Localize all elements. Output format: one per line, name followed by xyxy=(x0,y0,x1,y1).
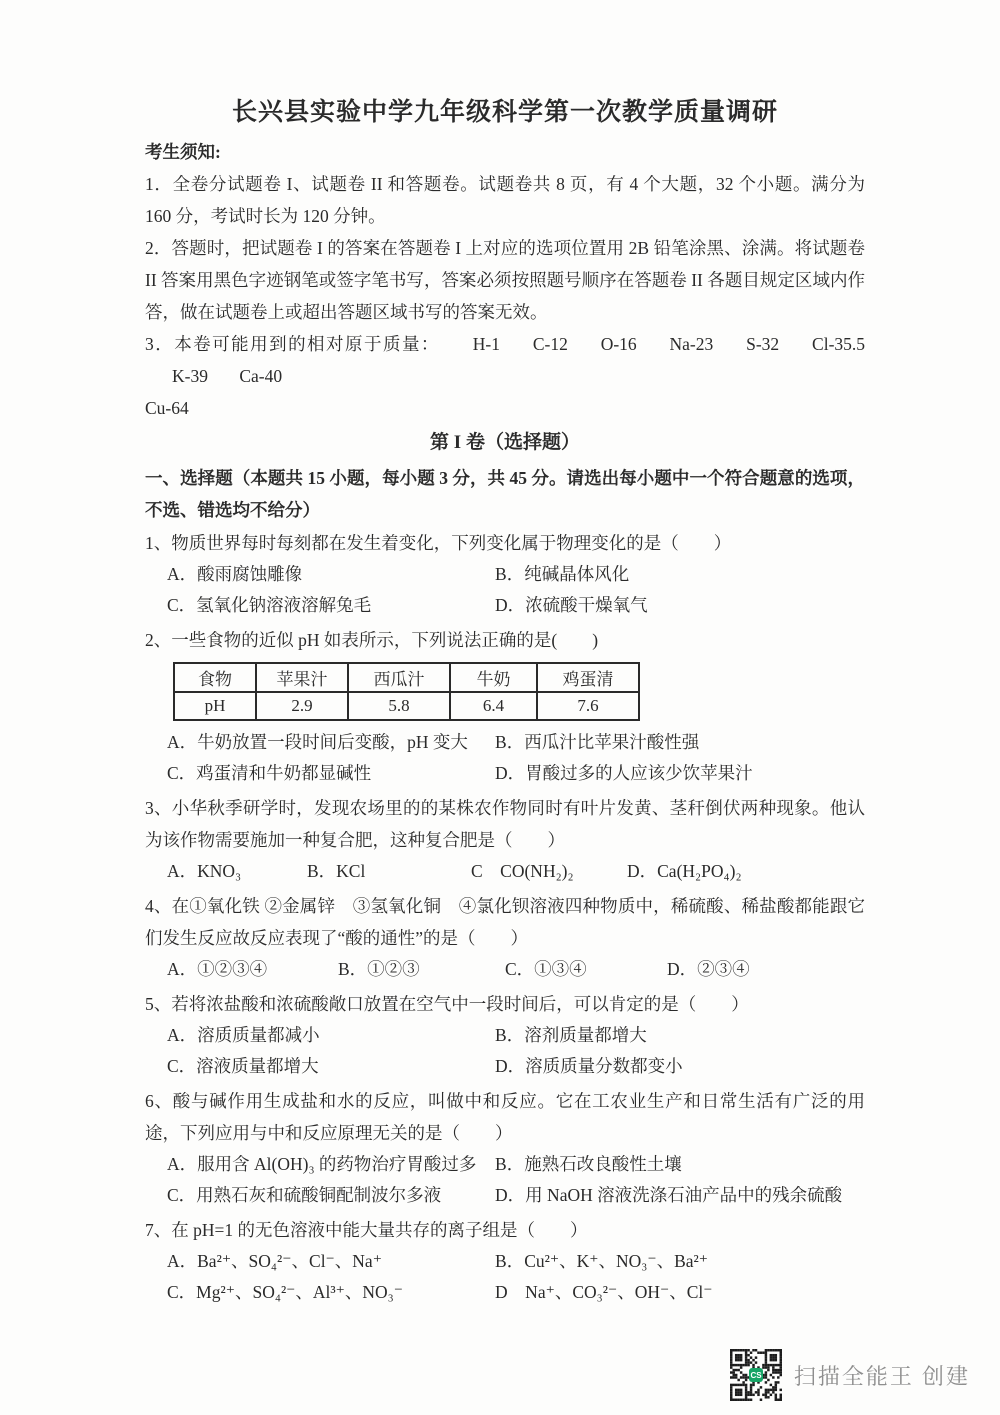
question-3-text: 3、小华秋季研学时，发现农场里的的某株农作物同时有叶片发黄、茎秆倒伏两种现象。他… xyxy=(145,792,865,856)
question-7-option-b: B．Cu²⁺、K⁺、NO₃⁻、Ba²⁺ xyxy=(495,1246,865,1277)
ph-table-cell: 西瓜汁 xyxy=(348,663,450,692)
section-intro: 一、选择题（本题共 15 小题，每小题 3 分，共 45 分。请选出每小题中一个… xyxy=(145,462,865,526)
watermark-text: 扫描全能王 创建 xyxy=(794,1360,970,1391)
scanner-watermark-footer: CS 扫描全能王 创建 xyxy=(730,1349,970,1401)
question-5-options: A．溶质质量都减小 B．溶剂质量都增大 C．溶液质量都增大 D．溶质质量分数都变… xyxy=(145,1020,865,1082)
question-1: 1、物质世界每时每刻都在发生着变化，下列变化属于物理变化的是（ ） A．酸雨腐蚀… xyxy=(145,527,865,621)
section-title: 第 I 卷（选择题） xyxy=(145,426,865,460)
question-6: 6、酸与碱作用生成盐和水的反应，叫做中和反应。它在工农业生产和日常生活有广泛的用… xyxy=(145,1085,865,1211)
exam-paper-page: 长兴县实验中学九年级科学第一次教学质量调研 考生须知: 1．全卷分试题卷 I、试… xyxy=(0,0,1000,1415)
ph-table: 食物 苹果汁 西瓜汁 牛奶 鸡蛋清 pH 2.9 5.8 6.4 7.6 xyxy=(173,662,640,721)
question-2-text: 2、一些食物的近似 pH 如表所示，下列说法正确的是( ) xyxy=(145,624,865,656)
notice-heading: 考生须知: xyxy=(145,136,865,168)
question-6-text: 6、酸与碱作用生成盐和水的反应，叫做中和反应。它在工农业生产和日常生活有广泛的用… xyxy=(145,1085,865,1149)
question-4-option-a: A．①②③④ xyxy=(167,954,338,985)
question-1-option-a: A．酸雨腐蚀雕像 xyxy=(167,559,495,590)
question-1-option-d: D．浓硫酸干燥氧气 xyxy=(495,590,865,621)
page-title: 长兴县实验中学九年级科学第一次教学质量调研 xyxy=(145,96,865,130)
question-3-option-c: C CO(NH₂)₂ xyxy=(471,856,627,887)
question-4-option-b: B．①②③ xyxy=(338,954,505,985)
question-4-text: 4、在①氧化铁 ②金属锌 ③氢氧化铜 ④氯化钡溶液四种物质中，稀硫酸、稀盐酸都能… xyxy=(145,890,865,954)
ph-table-cell: 5.8 xyxy=(348,692,450,720)
question-3: 3、小华秋季研学时，发现农场里的的某株农作物同时有叶片发黄、茎秆倒伏两种现象。他… xyxy=(145,792,865,887)
atomic-mass: S-32 xyxy=(746,328,779,360)
question-7-text: 7、在 pH=1 的无色溶液中能大量共存的离子组是（ ） xyxy=(145,1214,865,1246)
question-2-option-a: A．牛奶放置一段时间后变酸，pH 变大 xyxy=(167,727,495,758)
atomic-mass-cu: Cu-64 xyxy=(145,392,865,424)
ph-table-cell: 牛奶 xyxy=(450,663,537,692)
question-3-options: A．KNO₃ B．KCl C CO(NH₂)₂ D．Ca(H₂PO₄)₂ xyxy=(145,856,865,887)
notice-1: 1．全卷分试题卷 I、试题卷 II 和答题卷。试题卷共 8 页，有 4 个大题，… xyxy=(145,168,865,232)
notice-3-label: 3．本卷可能用到的相对原于质量： xyxy=(145,334,440,354)
question-1-option-c: C．氢氧化钠溶液溶解兔毛 xyxy=(167,590,495,621)
question-5-option-b: B．溶剂质量都增大 xyxy=(495,1020,865,1051)
question-5-option-a: A．溶质质量都减小 xyxy=(167,1020,495,1051)
atomic-mass: Na-23 xyxy=(670,328,714,360)
atomic-mass: Ca-40 xyxy=(239,360,282,392)
question-2: 2、一些食物的近似 pH 如表所示，下列说法正确的是( ) 食物 苹果汁 西瓜汁… xyxy=(145,624,865,789)
question-2-option-d: D．胃酸过多的人应该少饮苹果汁 xyxy=(495,758,865,789)
ph-table-cell: 2.9 xyxy=(256,692,348,720)
question-7-option-d: D Na⁺、CO₃²⁻、OH⁻、Cl⁻ xyxy=(495,1277,865,1308)
ph-table-header-row: 食物 苹果汁 西瓜汁 牛奶 鸡蛋清 xyxy=(174,663,639,692)
question-3-option-a: A．KNO₃ xyxy=(167,856,307,887)
ph-table-cell: 食物 xyxy=(174,663,256,692)
question-2-option-c: C．鸡蛋清和牛奶都显碱性 xyxy=(167,758,495,789)
question-5: 5、若将浓盐酸和浓硫酸敞口放置在空气中一段时间后，可以肯定的是（ ） A．溶质质… xyxy=(145,988,865,1082)
question-1-option-b: B．纯碱晶体风化 xyxy=(495,559,865,590)
question-7-option-a: A．Ba²⁺、SO₄²⁻、Cl⁻、Na⁺ xyxy=(167,1246,495,1277)
question-7-option-c: C．Mg²⁺、SO₄²⁻、Al³⁺、NO₃⁻ xyxy=(167,1277,495,1308)
atomic-mass: O-16 xyxy=(601,328,637,360)
atomic-mass: H-1 xyxy=(473,328,500,360)
ph-table-cell: 苹果汁 xyxy=(256,663,348,692)
notice-2: 2．答题时，把试题卷 I 的答案在答题卷 I 上对应的选项位置用 2B 铅笔涂黑… xyxy=(145,232,865,328)
question-6-option-d: D．用 NaOH 溶液洗涤石油产品中的残余硫酸 xyxy=(495,1180,865,1211)
question-4-option-d: D．②③④ xyxy=(667,954,865,985)
question-4: 4、在①氧化铁 ②金属锌 ③氢氧化铜 ④氯化钡溶液四种物质中，稀硫酸、稀盐酸都能… xyxy=(145,890,865,985)
notice-3-atomic-masses: 3．本卷可能用到的相对原于质量： H-1 C-12 O-16 Na-23 S-3… xyxy=(145,328,865,392)
question-6-option-a: A．服用含 Al(OH)₃ 的药物治疗胃酸过多 xyxy=(167,1149,495,1180)
question-1-options: A．酸雨腐蚀雕像 B．纯碱晶体风化 C．氢氧化钠溶液溶解兔毛 D．浓硫酸干燥氧气 xyxy=(145,559,865,621)
question-2-options: A．牛奶放置一段时间后变酸，pH 变大 B．西瓜汁比苹果汁酸性强 C．鸡蛋清和牛… xyxy=(145,727,865,789)
atomic-mass: K-39 xyxy=(172,360,208,392)
question-6-option-c: C．用熟石灰和硫酸铜配制波尔多液 xyxy=(167,1180,495,1211)
ph-table-cell: pH xyxy=(174,692,256,720)
question-3-option-b: B．KCl xyxy=(307,856,471,887)
ph-table-value-row: pH 2.9 5.8 6.4 7.6 xyxy=(174,692,639,720)
svg-text:CS: CS xyxy=(750,1371,762,1380)
question-4-option-c: C．①③④ xyxy=(505,954,667,985)
ph-table-cell: 6.4 xyxy=(450,692,537,720)
question-3-option-d: D．Ca(H₂PO₄)₂ xyxy=(627,856,865,887)
question-5-option-c: C．溶液质量都增大 xyxy=(167,1051,495,1082)
question-5-option-d: D．溶质质量分数都变小 xyxy=(495,1051,865,1082)
question-7: 7、在 pH=1 的无色溶液中能大量共存的离子组是（ ） A．Ba²⁺、SO₄²… xyxy=(145,1214,865,1308)
question-2-option-b: B．西瓜汁比苹果汁酸性强 xyxy=(495,727,865,758)
question-5-text: 5、若将浓盐酸和浓硫酸敞口放置在空气中一段时间后，可以肯定的是（ ） xyxy=(145,988,865,1020)
question-7-options: A．Ba²⁺、SO₄²⁻、Cl⁻、Na⁺ B．Cu²⁺、K⁺、NO₃⁻、Ba²⁺… xyxy=(145,1246,865,1308)
question-6-options: A．服用含 Al(OH)₃ 的药物治疗胃酸过多 B．施熟石改良酸性土壤 C．用熟… xyxy=(145,1149,865,1211)
ph-table-cell: 7.6 xyxy=(537,692,639,720)
question-1-text: 1、物质世界每时每刻都在发生着变化，下列变化属于物理变化的是（ ） xyxy=(145,527,865,559)
atomic-mass: Cl-35.5 xyxy=(812,328,865,360)
question-6-option-b: B．施熟石改良酸性土壤 xyxy=(495,1149,865,1180)
qr-code-icon: CS xyxy=(730,1349,782,1401)
ph-table-cell: 鸡蛋清 xyxy=(537,663,639,692)
question-4-options: A．①②③④ B．①②③ C．①③④ D．②③④ xyxy=(145,954,865,985)
atomic-mass: C-12 xyxy=(533,328,568,360)
